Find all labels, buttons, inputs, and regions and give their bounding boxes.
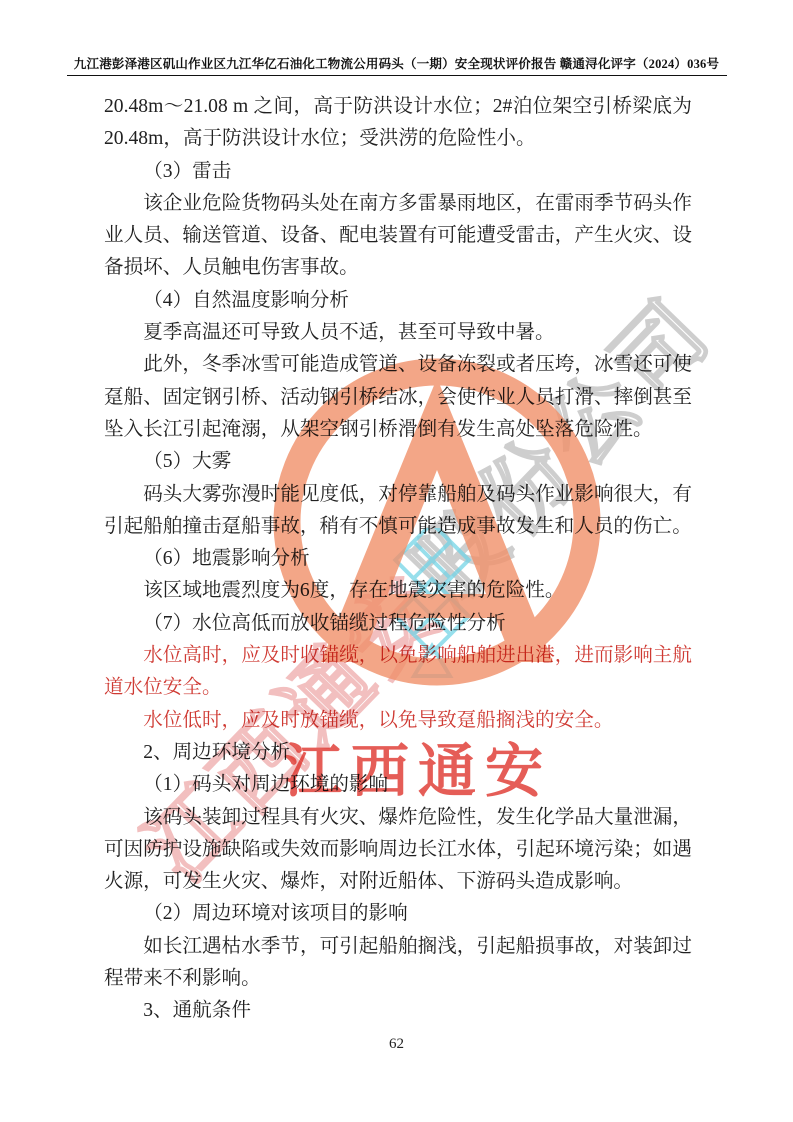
- paragraph: （3）雷击: [104, 156, 692, 188]
- paragraph: （7）水位高低而放收锚缆过程危险性分析: [104, 608, 692, 640]
- paragraph: （4）自然温度影响分析: [104, 285, 692, 317]
- paragraph: 水位高时，应及时收锚缆，以免影响船舶进出港，进而影响主航道水位安全。: [104, 640, 692, 705]
- paragraph: 3、通航条件: [104, 995, 692, 1027]
- paragraph: 如长江遇枯水季节，可引起船舶搁浅，引起船损事故，对装卸过程带来不利影响。: [104, 931, 692, 996]
- document-page: 九江港彭泽港区矶山作业区九江华亿石油化工物流公用码头（一期）安全现状评价报告 赣…: [0, 0, 793, 1122]
- paragraph: 夏季高温还可导致人员不适，甚至可导致中暑。: [104, 317, 692, 349]
- report-header-title: 九江港彭泽港区矶山作业区九江华亿石油化工物流公用码头（一期）安全现状评价报告 赣…: [67, 54, 727, 76]
- paragraph: （1）码头对周边环境的影响: [104, 769, 692, 801]
- paragraph: 此外，冬季冰雪可能造成管道、设备冻裂或者压垮，冰雪还可使趸船、固定钢引桥、活动钢…: [104, 349, 692, 446]
- paragraph: 该企业危险货物码头处在南方多雷暴雨地区，在雷雨季节码头作业人员、输送管道、设备、…: [104, 188, 692, 285]
- paragraph: 水位低时，应及时放锚缆，以免导致趸船搁浅的安全。: [104, 705, 692, 737]
- document-body: 20.48m～21.08 m 之间，高于防洪设计水位；2#泊位架空引桥梁底为 2…: [104, 91, 692, 1028]
- page-number: 62: [0, 1036, 793, 1053]
- paragraph: （5）大雾: [104, 446, 692, 478]
- paragraph: （2）周边环境对该项目的影响: [104, 898, 692, 930]
- paragraph: 码头大雾弥漫时能见度低，对停靠船舶及码头作业影响很大，有引起船舶撞击趸船事故，稍…: [104, 479, 692, 544]
- paragraph: 2、周边环境分析: [104, 737, 692, 769]
- paragraph: 该区域地震烈度为6度，存在地震灾害的危险性。: [104, 575, 692, 607]
- paragraph: （6）地震影响分析: [104, 543, 692, 575]
- paragraph: 该码头装卸过程具有火灾、爆炸危险性，发生化学品大量泄漏，可因防护设施缺陷或失效而…: [104, 802, 692, 899]
- paragraph: 20.48m～21.08 m 之间，高于防洪设计水位；2#泊位架空引桥梁底为 2…: [104, 91, 692, 156]
